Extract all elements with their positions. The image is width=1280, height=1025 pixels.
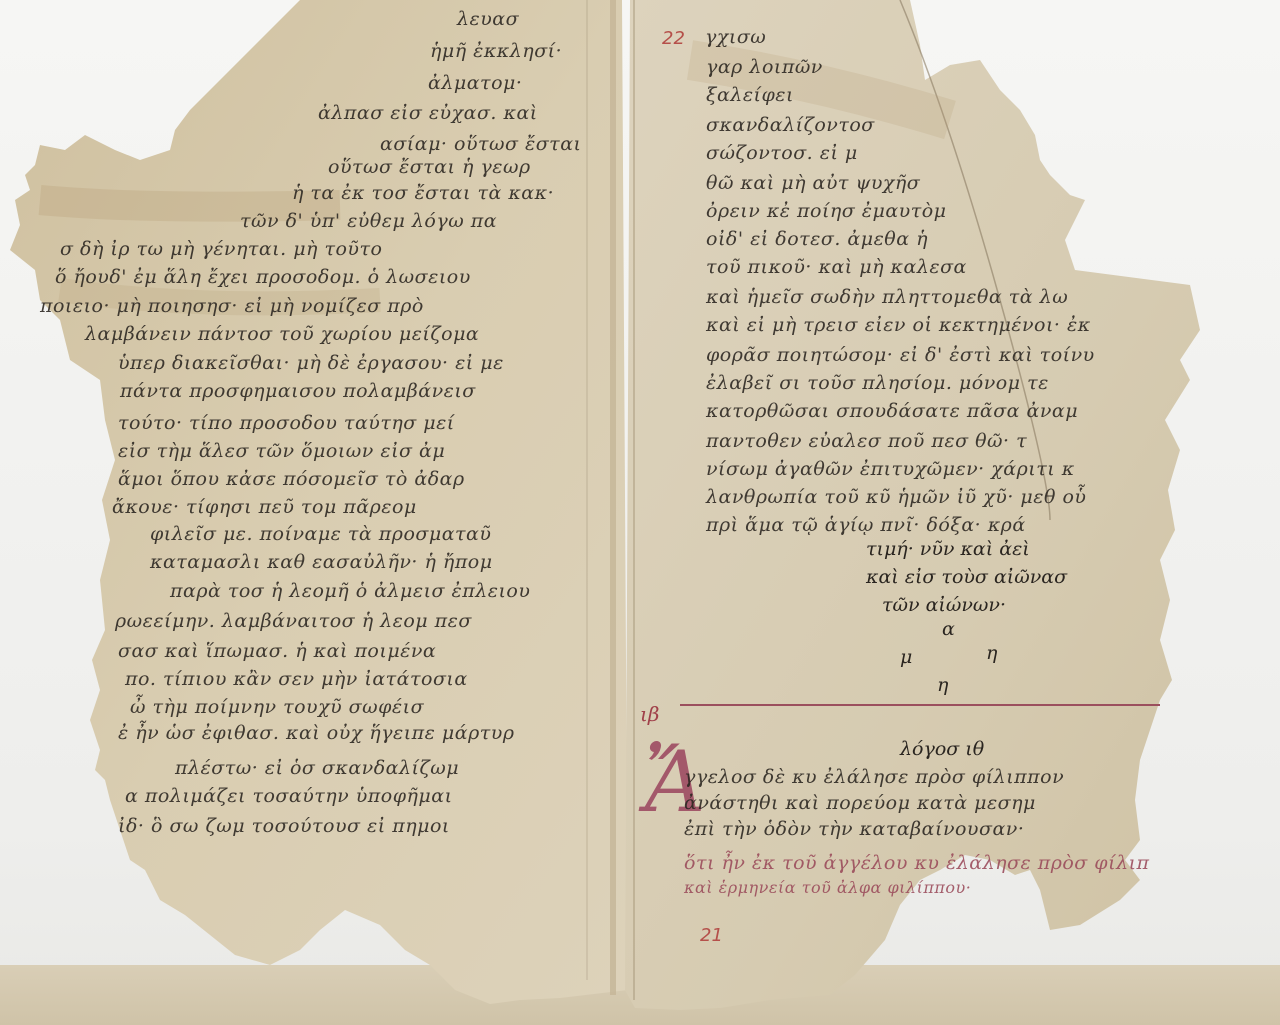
- text-line: ἐ ἦν ὡσ ἐφιθασ. καὶ οὐχ ἥγειπε μάρτυρ: [118, 722, 515, 744]
- text-line: ἀλπασ εἰσ εὐχασ. καὶ: [318, 102, 538, 124]
- text-line: σασ καὶ ἵπωμασ. ἡ καὶ ποιμένα: [118, 640, 436, 662]
- text-line: καταμασλι καθ εασαὐλῆν· ἡ ἤπομ: [150, 551, 493, 573]
- text-line: ξαλείφει: [706, 84, 794, 106]
- manuscript-photo: λευασ ἡμῆ ἐκκλησί· ἀλματομ· ἀλπασ εἰσ εὐ…: [0, 0, 1280, 1025]
- text-line: θῶ καὶ μὴ αὐτ ψυχῆσ: [706, 172, 920, 194]
- text-line: φιλεῖσ με. ποίναμε τὰ προσματαῦ: [150, 523, 491, 545]
- text-line: εἰσ τὴμ ἅλεσ τῶν ὅμοιων εἰσ ἀμ: [118, 440, 445, 462]
- text-line: ὀρειν κἐ ποίησ ἐμαυτὸμ: [706, 200, 947, 222]
- text-line: σώζοντοσ. εἰ μ: [706, 142, 858, 164]
- text-line: ἐπὶ τὴν ὁδὸν τὴν καταβαίνουσαν·: [684, 818, 1024, 840]
- numeral: μ: [900, 646, 912, 668]
- text-line: ἡ τα ἐκ τοσ ἔσται τὰ κακ·: [292, 182, 554, 204]
- text-line: γχισω: [705, 26, 766, 48]
- text-line: καὶ ἡμεῖσ σωδὴν πληττομεθα τὰ λω: [706, 286, 1068, 308]
- text-line: λαμβάνειν πάντοσ τοῦ χωρίου μείζομα: [85, 323, 479, 345]
- folio-number-top: 22: [662, 28, 685, 49]
- text-line: νίσωμ ἀγαθῶν ἐπιτυχῶμεν· χάριτι κ: [706, 458, 1075, 480]
- discourse-title: λόγοσ ιθ: [900, 738, 984, 760]
- text-line: πο. τίπιου κἂν σεν μὴν ἰατάτοσια: [125, 668, 468, 690]
- text-line: α πολιμάζει τοσαύτην ὑποφῆμαι: [125, 785, 453, 807]
- doxology-line: τιμή· νῦν καὶ ἀεὶ: [866, 538, 1030, 560]
- text-line: ἀνάστηθι καὶ πορεύομ κατὰ μεσημ: [684, 792, 1036, 814]
- text-line: πρὶ ἅμα τῷ ἁγίῳ πνῖ· δόξα· κρά: [706, 514, 1026, 536]
- text-line: ἰδ· ὃ σω ζωμ τοσούτουσ εἰ πημοι: [118, 815, 450, 837]
- doxology-line: τῶν αἰώνων·: [882, 594, 1006, 616]
- text-line: καὶ εἰ μὴ τρεισ εἰεν οἱ κεκτημένοι· ἐκ: [706, 314, 1091, 336]
- red-text-line: καὶ ἑρμηνεία τοῦ ἀλφα φιλίππου·: [684, 878, 971, 897]
- text-line: ἅμοι ὅπου κἀσε πόσομεῖσ τὸ ἀδαρ: [118, 468, 465, 490]
- text-line: πλέστω· εἰ ὁσ σκανδαλίζωμ: [175, 757, 459, 779]
- doxology-line: καὶ εἰσ τοὺσ αἰῶνασ: [866, 566, 1067, 588]
- red-text-line: ὅτι ἦν ἐκ τοῦ ἀγγέλου κυ ἐλάλησε πρὸσ φί…: [684, 852, 1150, 874]
- text-line: ρωεείμην. λαμβάναιτοσ ἡ λεομ πεσ: [115, 610, 472, 632]
- text-line: λευασ: [457, 8, 519, 30]
- folio-number-bottom: 21: [700, 925, 723, 946]
- numeral: η: [986, 642, 997, 664]
- text-line: ὑπερ διακεῖσθαι· μὴ δὲ ἐργασου· εἰ με: [118, 352, 504, 374]
- text-line: λανθρωπία τοῦ κῦ ἡμῶν ἰῦ χῦ· μεθ οὗ: [706, 486, 1086, 508]
- text-line: παρὰ τοσ ἡ λεομῆ ὁ ἀλμεισ ἐπλειου: [170, 580, 530, 602]
- text-line: παντοθεν εὐαλεσ ποῦ πεσ θῶ· τ: [706, 430, 1027, 452]
- text-line: φορᾶσ ποιητώσομ· εἰ δ' ἐστὶ καὶ τοίνυ: [706, 344, 1095, 366]
- text-line: τῶν δ' ὑπ' εὐθεμ λόγω πα: [240, 210, 497, 232]
- text-line: ὅ ἤουδ' ἐμ ἅλη ἔχει προσοδομ. ὁ λωσειου: [55, 266, 471, 288]
- text-line: σ δὴ ἰρ τω μὴ γένηται. μὴ τοῦτο: [60, 238, 382, 260]
- text-line: ἐλαβεῖ σι τοῦσ πλησίομ. μόνομ τε: [706, 372, 1049, 394]
- text-line: οἰδ' εἰ δοτεσ. ἀμεθα ἡ: [706, 228, 928, 250]
- text-line: ποιειο· μὴ ποιησησ· εἰ μὴ νομίζεσ πρὸ: [40, 295, 424, 317]
- text-line: ἄκουε· τίφησι πεῦ τομ πᾶρεομ: [112, 496, 417, 518]
- text-line: ἀλματομ·: [428, 72, 522, 94]
- quire-mark: ιβ: [640, 702, 659, 726]
- text-line: γγελοσ δὲ κυ ἐλάλησε πρὸσ φίλιππον: [684, 766, 1064, 788]
- numeral: α: [942, 618, 955, 640]
- numeral: η: [937, 674, 948, 696]
- text-line: οὕτωσ ἔσται ἡ γεωρ: [328, 156, 531, 178]
- text-line: κατορθῶσαι σπουδάσατε πᾶσα ἀναμ: [706, 400, 1078, 422]
- text-line: γαρ λοιπῶν: [706, 56, 823, 78]
- text-line: ὦ τὴμ ποίμνην τουχῦ σωφέισ: [130, 696, 424, 718]
- text-line: τούτο· τίπο προσοδου ταύτησ μεί: [118, 412, 455, 434]
- text-line: πάντα προσφημαισου πολαμβάνεισ: [120, 380, 476, 402]
- rubric-rule: [680, 704, 1160, 706]
- text-line: ἡμῆ ἐκκλησί·: [430, 40, 562, 62]
- text-line: ασίαμ· οὕτωσ ἔσται: [380, 133, 581, 155]
- text-line: σκανδαλίζοντοσ: [706, 114, 875, 136]
- text-line: τοῦ πικοῦ· καὶ μὴ καλεσα: [706, 256, 967, 278]
